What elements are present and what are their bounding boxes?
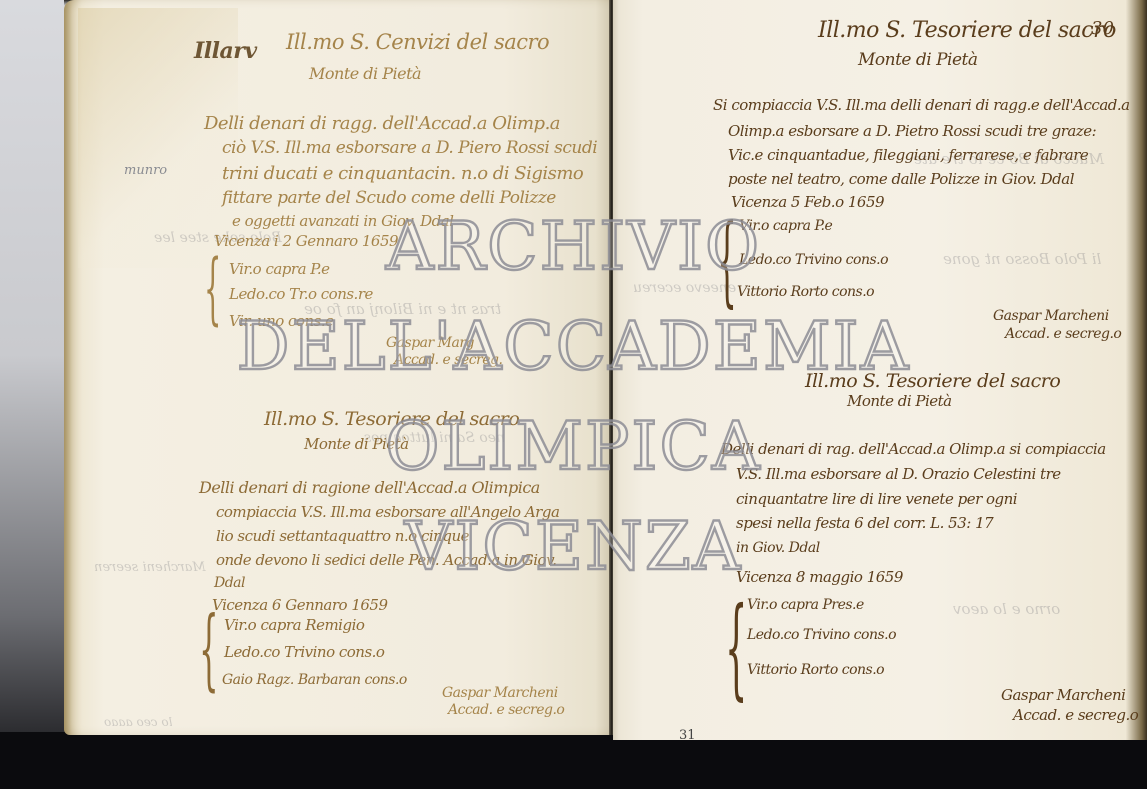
margin-note: munro	[124, 163, 167, 178]
entry-date: Vicenza i 2 Gennaro 1659	[214, 232, 398, 250]
secretary-signature: Gaspar Marcheni	[993, 308, 1109, 324]
left-page: tras nt e ni Bilonj an fo oe Bolo soke s…	[64, 0, 612, 735]
entry-line: V.S. Ill.ma esborsare al D. Orazio Celes…	[736, 465, 1061, 483]
bleed-through-text: li Polo Bosso nt gone	[943, 250, 1101, 268]
secretary-signature: Gaspar Marcheni	[442, 685, 558, 701]
bleed-through-text: orno e lo aeov	[953, 600, 1060, 618]
signer-name: Vir.o capra Pres.e	[747, 597, 864, 613]
entry-heading: Ill.mo S. Tesoriere del sacro	[805, 370, 1060, 392]
entry-heading: Ill.mo S. Tesoriere del sacro	[818, 18, 1116, 43]
signer-name: Gaio Ragz. Barbaran cons.o	[222, 672, 407, 688]
signer-name: Ledo.co Trivino cons.o	[747, 627, 896, 643]
signer-name: Vittorio Rorto cons.o	[737, 284, 874, 300]
signer-name: Vir.o capra P.e	[739, 218, 832, 234]
folio-number-pencil: 31	[679, 728, 696, 740]
scanner-bed-shadow	[0, 732, 1147, 789]
signer-name: Ledo.co Tr.o cons.re	[229, 285, 373, 303]
entry-line: e oggetti avanzati in Giov. Ddal	[232, 212, 453, 230]
entry-subheading: Monte di Pietà	[847, 392, 952, 410]
right-page: Mucco di Bo ce lo tre ate li Polo Bosso …	[613, 0, 1147, 740]
open-manuscript-book: tras nt e ni Bilonj an fo oe Bolo soke s…	[64, 0, 1147, 740]
entry-line: poste nel teatro, come dalle Polizze in …	[728, 170, 1074, 188]
entry-line: lio scudi settantaquattro n.o cinque	[216, 527, 469, 545]
entry-subheading: Monte di Pietà	[309, 64, 421, 83]
entry-subheading: Monte di Pietà	[858, 50, 978, 70]
entry-line: Delli denari di rag. dell'Accad.a Olimp.…	[721, 440, 1106, 458]
bleed-through-text: lo ceo aaao	[104, 715, 172, 729]
secretary-signature: Accad. e secreg.	[394, 352, 502, 368]
bleed-through-text: Marcheni seeren	[94, 560, 206, 575]
signer-brace: {	[725, 592, 747, 702]
signer-name: Vir.o capra Remigio	[224, 616, 364, 634]
entry-line: Delli denari di ragione dell'Accad.a Oli…	[199, 478, 540, 497]
secretary-signature: Accad. e secreg.o	[448, 702, 564, 718]
secretary-signature: Gaspar Marg	[386, 335, 474, 351]
ink-blot-text: Illarv	[194, 38, 257, 64]
entry-line: fittare parte del Scudo come delli Poliz…	[222, 188, 556, 208]
entry-line: compiaccia V.S. Ill.ma esborsare all'Ang…	[216, 503, 559, 521]
signer-name: Vittorio Rorto cons.o	[747, 662, 884, 678]
signer-name: Ledo.co Trivino cons.o	[224, 643, 384, 661]
entry-line: ciò V.S. Ill.ma esborsare a D. Piero Ros…	[222, 138, 597, 158]
entry-line: Ddal	[214, 575, 245, 591]
entry-line: Vic.e cinquantadue, fileggiani, ferrares…	[728, 146, 1088, 164]
signer-brace: {	[717, 212, 737, 310]
signer-brace: {	[199, 605, 219, 693]
entry-subheading: Monte di Pietà	[304, 435, 409, 453]
entry-line: in Giov. Ddal	[736, 540, 820, 556]
entry-line: spesi nella festa 6 del corr. L. 53: 17	[736, 514, 993, 532]
entry-line: Delli denari di ragg. dell'Accad.a Olimp…	[204, 113, 560, 134]
secretary-signature: Gaspar Marcheni	[1001, 686, 1125, 704]
secretary-signature: Accad. e secreg.o	[1005, 326, 1121, 342]
entry-line: Si compiaccia V.S. Ill.ma delli denari d…	[713, 96, 1130, 114]
signer-brace: {	[204, 250, 221, 328]
signer-name: Vir.o capra P.e	[229, 260, 329, 278]
entry-date: Vicenza 8 maggio 1659	[736, 568, 903, 586]
entry-line: onde devono li sedici delle Pen. Accad.a…	[216, 551, 557, 569]
entry-line: Olimp.a esborsare a D. Pietro Rossi scud…	[728, 122, 1096, 140]
entry-heading: Ill.mo S. Tesoriere del sacro	[264, 408, 519, 430]
signer-name: Ledo.co Trivino cons.o	[739, 252, 888, 268]
signer-name: Vir. uno cons.e	[229, 312, 333, 330]
entry-heading: Ill.mo S. Cenvizi del sacro	[286, 30, 549, 54]
entry-date: Vicenza 5 Feb.o 1659	[731, 193, 884, 211]
entry-line: trini ducati e cinquantacin. n.o di Sigi…	[222, 163, 583, 184]
secretary-signature: Accad. e secreg.o	[1013, 706, 1138, 724]
entry-date: Vicenza 6 Gennaro 1659	[212, 596, 388, 614]
entry-line: cinquantatre lire di lire venete per ogn…	[736, 490, 1017, 508]
